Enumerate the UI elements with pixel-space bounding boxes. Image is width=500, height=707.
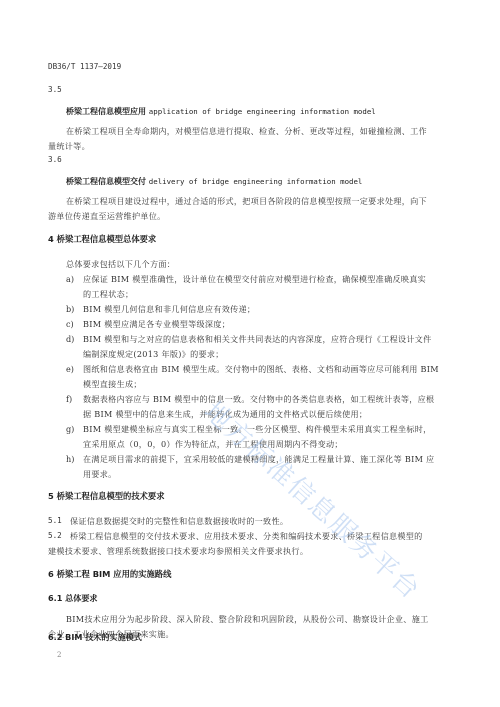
subsection-heading-6-1: 6.1 总体要求 <box>48 593 98 604</box>
list-item-f-line2: 据 BIM 模型中的信息来生成，并能转化成为通用的文件格式以便后续使用； <box>83 409 367 420</box>
list-label-d: d) <box>66 334 74 344</box>
list-label-h: h) <box>66 454 74 464</box>
section-heading-4: 4 桥梁工程信息模型总体要求 <box>48 233 156 245</box>
clause-number-5-2: 5.2 <box>48 531 62 540</box>
term-en: delivery of bridge engineering informati… <box>149 177 363 186</box>
clause-5-2-line2: 建模技术要求、管理系统数据接口技术要求均参照相关文件要求执行。 <box>48 546 308 557</box>
list-item-h-line1: 在满足项目需求的前提下，宜采用较低的建模精细度，能满足工程量计算、施工深化等 B… <box>83 454 434 465</box>
section-heading-6: 6 桥梁工程 BIM 应用的实施路线 <box>48 568 171 580</box>
clause-6-1-line1: BIM技术应用分为起步阶段、深入阶段、整合阶段和巩固阶段，从股份公司、勘察设计企… <box>66 614 428 625</box>
clause-number-3-6: 3.6 <box>48 155 62 164</box>
list-item-d-line2: 编制深度规定(2013 年版)》的要求； <box>83 349 224 360</box>
definition-3-5-line2: 量统计等。 <box>48 141 90 152</box>
list-item-c-line1: BIM 模型应满足各专业模型等级深度； <box>83 319 230 330</box>
definition-3-6-line2: 游单位传递直至运营维护单位。 <box>48 211 166 222</box>
page-number: 2 <box>57 651 61 659</box>
term-3-5: 桥梁工程信息模型应用 application of bridge enginee… <box>66 106 376 117</box>
list-item-f-line1: 数据表格内容应与 BIM 模型中的信息一致。交付物中的各类信息表格，如工程统计表… <box>83 394 434 405</box>
clause-5-1-text: 保证信息数据提交时的完整性和信息数据接收时的一致性。 <box>70 516 288 527</box>
list-item-g-line2: 宜采用原点（0，0，0）作为特征点，并在工程使用周期内不得变动； <box>83 439 343 450</box>
term-en: application of bridge engineering inform… <box>149 107 376 116</box>
list-label-g: g) <box>66 424 74 434</box>
list-item-e-line2: 模型直接生成； <box>83 379 142 390</box>
list-label-a: a) <box>66 274 74 284</box>
list-label-f: f) <box>66 394 72 404</box>
list-item-d-line1: BIM 模型和与之对应的信息表格和相关文件共同表达的内容深度，应符合现行《工程设… <box>83 334 432 345</box>
requirements-intro: 总体要求包括以下几个方面： <box>66 259 175 270</box>
clause-number-3-5: 3.5 <box>48 85 62 94</box>
term-zh: 桥梁工程信息模型应用 <box>66 107 146 116</box>
list-item-e-line1: 图纸和信息表格宜由 BIM 模型生成。交付物中的图纸、表格、文档和动画等应尽可能… <box>83 364 439 375</box>
list-label-e: e) <box>66 364 74 374</box>
term-zh: 桥梁工程信息模型交付 <box>66 177 146 186</box>
definition-3-5-line1: 在桥梁工程项目全寿命期内，对模型信息进行提取、检查、分析、更改等过程，如碰撞检测… <box>66 126 427 137</box>
term-3-6: 桥梁工程信息模型交付 delivery of bridge engineerin… <box>66 176 362 187</box>
list-label-c: c) <box>66 319 74 329</box>
list-item-a-line2: 的工程状态； <box>83 289 133 300</box>
document-code: DB36/T 1137—2019 <box>48 62 121 71</box>
subsection-heading-6-2: 6.2 BIM 技术的实施模式 <box>48 632 142 643</box>
clause-number-5-1: 5.1 <box>48 516 62 525</box>
clause-5-2-line1: 桥梁工程信息模型的交付技术要求、应用技术要求、分类和编码技术要求、桥梁工程信息模… <box>70 531 423 542</box>
list-item-g-line1: BIM 模型建模坐标应与真实工程坐标一致。一些分区模型、构件模型未采用真实工程坐… <box>83 424 432 435</box>
list-item-b-line1: BIM 模型几何信息和非几何信息应有效传递； <box>83 304 255 315</box>
section-heading-5: 5 桥梁工程信息模型的技术要求 <box>48 490 165 502</box>
list-item-a-line1: 应保证 BIM 模型准确性，设计单位在模型交付前应对模型进行检查，确保模型准确反… <box>83 274 426 285</box>
definition-3-6-line1: 在桥梁工程项目建设过程中，通过合适的形式，把项目各阶段的信息模型按照一定要求处理… <box>66 196 427 207</box>
list-label-b: b) <box>66 304 74 314</box>
document-page: DB36/T 1137—2019 3.5 桥梁工程信息模型应用 applicat… <box>0 0 500 707</box>
list-item-h-line2: 用要求。 <box>83 469 117 480</box>
